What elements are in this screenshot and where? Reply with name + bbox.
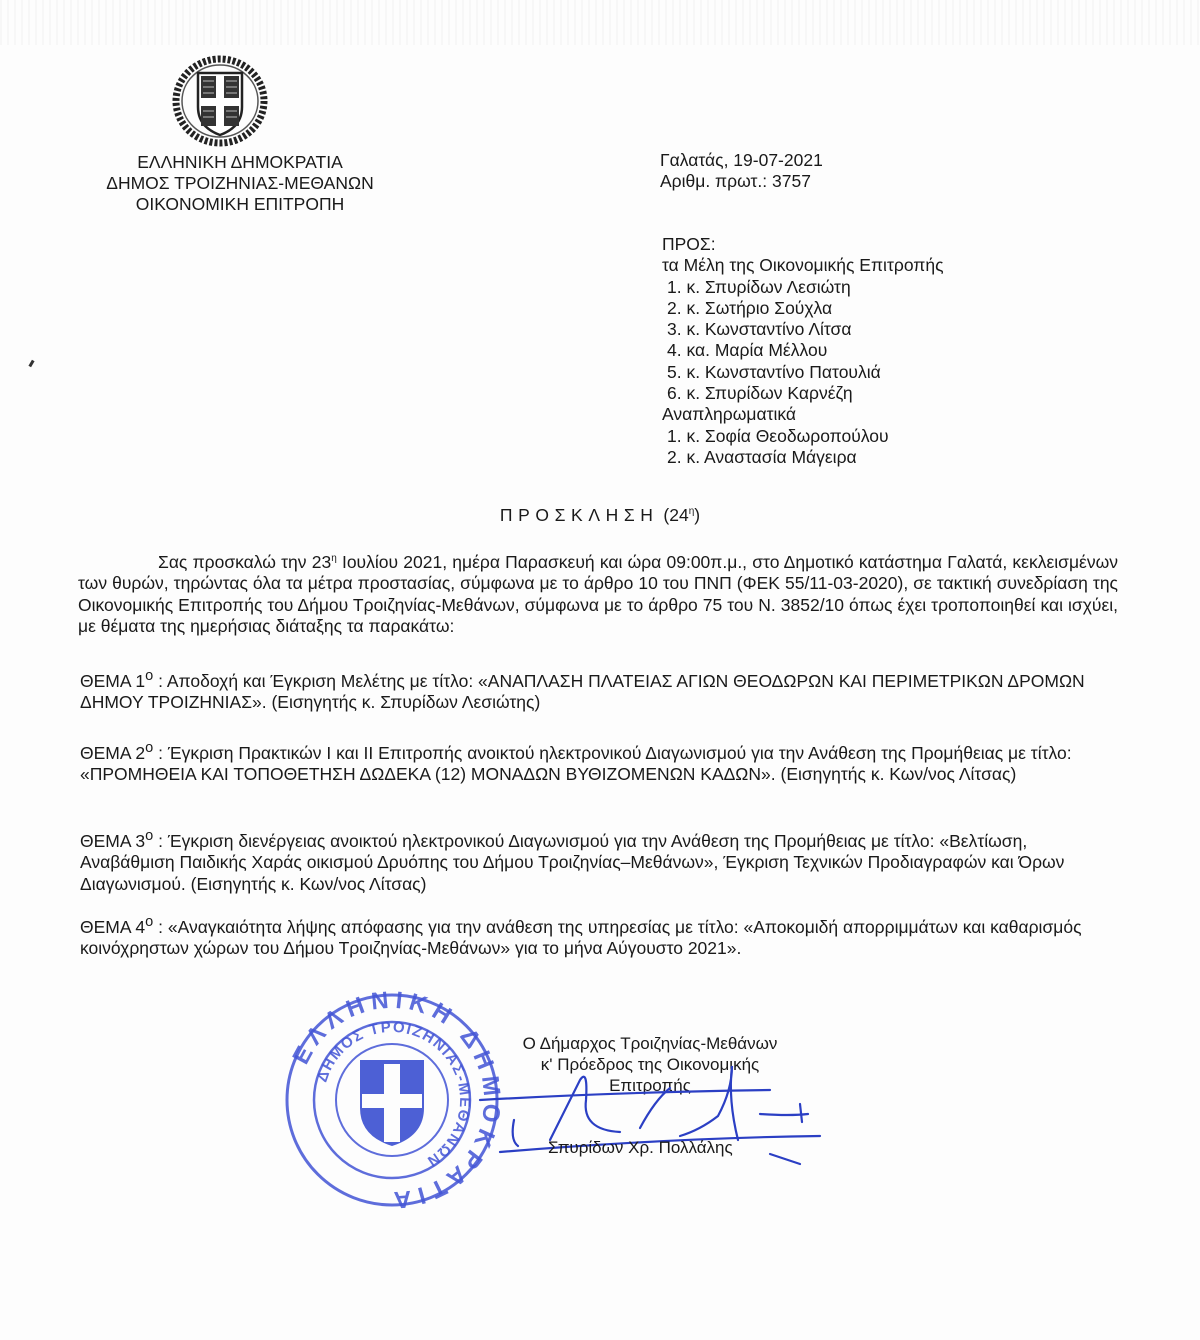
intro-part1: Σας προσκαλώ την 23 <box>158 552 331 572</box>
intro-paragraph: Σας προσκαλώ την 23η Ιουλίου 2021, ημέρα… <box>78 548 1118 638</box>
document-title: ΠΡΟΣΚΛΗΣΗ (24η) <box>0 505 1200 526</box>
issuer-country: ΕΛΛΗΝΙΚΗ ΔΗΜΟΚΡΑΤΙΑ <box>90 152 390 173</box>
scan-noise <box>0 0 1200 45</box>
alternate-item: 1. κ. Σοφία Θεοδωροπούλου <box>662 426 944 447</box>
official-stamp-icon: ΕΛΛΗΝΙΚΗ ΔΗΜΟΚΡΑΤΙΑ ΔΗΜΟΣ ΤΡΟΙΖΗΝΙΑΣ-ΜΕΘ… <box>282 990 502 1210</box>
alternate-item: 2. κ. Αναστασία Μάγειρα <box>662 447 944 468</box>
title-word: ΠΡΟΣΚΛΗΣΗ <box>500 505 659 525</box>
topic-label: ΘΕΜΑ 3 <box>80 831 145 851</box>
topic-text: : Έγκριση διενέργειας ανοικτού ηλεκτρονι… <box>80 831 1064 894</box>
recipients-group: τα Μέλη της Οικονομικής Επιτροπής <box>662 255 944 276</box>
topic-label: ΘΕΜΑ 2 <box>80 743 145 763</box>
title-close: ) <box>694 505 700 525</box>
member-item: 6. κ. Σπυρίδων Καρνέζη <box>662 383 944 404</box>
topic-text: : «Αναγκαιότητα λήψης απόφασης για την α… <box>80 917 1082 959</box>
topic-label: ΘΕΜΑ 1 <box>80 671 145 691</box>
place-date: Γαλατάς, 19-07-2021 <box>660 150 823 171</box>
member-item: 1. κ. Σπυρίδων Λεσιώτη <box>662 277 944 298</box>
date-protocol-block: Γαλατάς, 19-07-2021 Αριθμ. πρωτ.: 3757 <box>660 150 823 192</box>
member-item: 2. κ. Σωτήριο Σούχλα <box>662 298 944 319</box>
issuer-municipality: ΔΗΜΟΣ ΤΡΟΙΖΗΝΙΑΣ-ΜΕΘΑΝΩΝ <box>90 173 390 194</box>
agenda-topic-2: ΘΕΜΑ 2ο : Έγκριση Πρακτικών Ι και ΙΙ Επι… <box>80 738 1120 786</box>
member-item: 5. κ. Κωνσταντίνο Πατουλιά <box>662 362 944 383</box>
member-item: 3. κ. Κωνσταντίνο Λίτσα <box>662 319 944 340</box>
coat-of-arms-icon <box>170 55 270 147</box>
member-item: 4. κα. Μαρία Μέλλου <box>662 340 944 361</box>
topic-text: : Αποδοχή και Έγκριση Μελέτης με τίτλο: … <box>80 671 1085 713</box>
protocol-number: Αριθμ. πρωτ.: 3757 <box>660 171 823 192</box>
signatory-name: Σπυρίδων Χρ. Πολλάλης <box>548 1138 733 1158</box>
recipients-to-label: ΠΡΟΣ: <box>662 234 944 255</box>
topic-text: : Έγκριση Πρακτικών Ι και ΙΙ Επιτροπής α… <box>80 743 1072 785</box>
issuer-block: ΕΛΛΗΝΙΚΗ ΔΗΜΟΚΡΑΤΙΑ ΔΗΜΟΣ ΤΡΟΙΖΗΝΙΑΣ-ΜΕΘ… <box>90 152 390 215</box>
topic-label: ΘΕΜΑ 4 <box>80 917 145 937</box>
agenda-topic-1: ΘΕΜΑ 1ο : Αποδοχή και Έγκριση Μελέτης με… <box>80 666 1120 714</box>
scan-speck <box>28 360 34 368</box>
recipients-block: ΠΡΟΣ: τα Μέλη της Οικονομικής Επιτροπής … <box>662 234 944 468</box>
title-number: (24 <box>663 505 688 525</box>
alternates-label: Αναπληρωματικά <box>662 404 944 425</box>
agenda-topic-4: ΘΕΜΑ 4ο : «Αναγκαιότητα λήψης απόφασης γ… <box>80 912 1120 960</box>
agenda-topic-3: ΘΕΜΑ 3ο : Έγκριση διενέργειας ανοικτού η… <box>80 826 1120 895</box>
signatory-role-mayor: Ο Δήμαρχος Τροιζηνίας-Μεθάνων <box>500 1033 800 1054</box>
issuer-committee: ΟΙΚΟΝΟΜΙΚΗ ΕΠΙΤΡΟΠΗ <box>90 194 390 215</box>
